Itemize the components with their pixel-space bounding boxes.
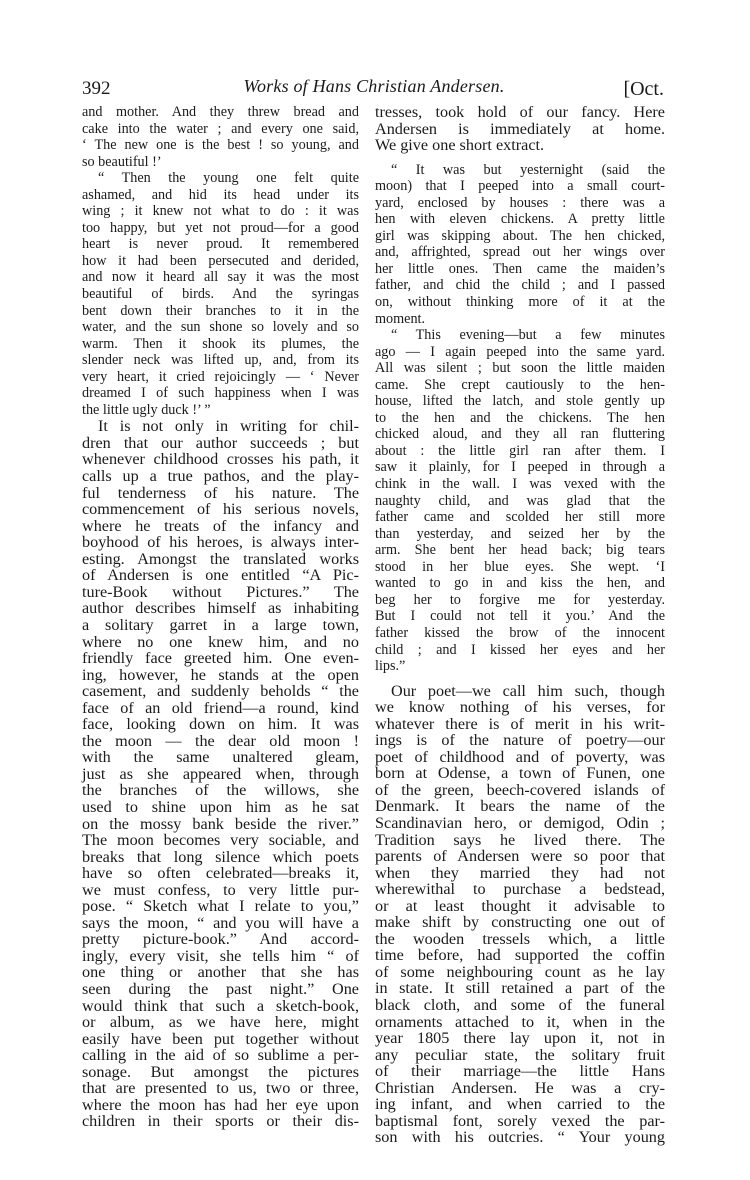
text-line: or at least thought it advisable to — [375, 898, 665, 915]
text-line: of the green, beech-covered islands of — [375, 782, 665, 799]
left-column: and mother. And they threw bread andcake… — [82, 104, 359, 1130]
text-line: Denmark. It bears the name of the — [375, 798, 665, 815]
text-line: her little ones. Then came the maiden’s — [375, 261, 665, 278]
text-line: ing, however, he stands at the open — [82, 667, 359, 684]
text-line: Our poet—we call him such, though — [375, 683, 665, 700]
text-line: of Andersen is one entitled “A Pic- — [82, 567, 359, 584]
page-header: 392 Works of Hans Christian Andersen. [O… — [82, 76, 666, 100]
text-line: whatever there is of merit in his writ- — [375, 716, 665, 733]
text-line: the wooden tressels which, a little — [375, 931, 665, 948]
text-line: “ It was but yesternight (said the — [375, 162, 665, 179]
text-line: any peculiar state, the solitary fruit — [375, 1047, 665, 1064]
text-line: But I could not tell it you.’ And the — [375, 608, 665, 625]
text-line: how it had been persecuted and derided, — [82, 253, 359, 270]
text-line: moment. — [375, 311, 665, 328]
text-line: year 1805 there lay upon it, not in — [375, 1030, 665, 1047]
text-line: pretty picture-book.” And accord- — [82, 931, 359, 948]
text-line: the moon — the dear old moon ! — [82, 733, 359, 750]
text-line: used to shine upon him as he sat — [82, 799, 359, 816]
right-column: tresses, took hold of our fancy. HereAnd… — [375, 104, 665, 1146]
text-line: and, affrighted, spread out her wings ov… — [375, 244, 665, 261]
text-line: All was silent ; but soon the little mai… — [375, 360, 665, 377]
text-line: heart is never proud. It remembered — [82, 236, 359, 253]
text-line: poet of childhood and of poverty, was — [375, 749, 665, 766]
text-line: Christian Andersen. He was a cry- — [375, 1080, 665, 1097]
text-line: child ; and I kissed her eyes and her — [375, 642, 665, 659]
text-line: born at Odense, a town of Funen, one — [375, 765, 665, 782]
text-line: warm. Then it shook its plumes, the — [82, 336, 359, 353]
text-line: on, without thinking more of it at the — [375, 294, 665, 311]
text-line: wherewithal to purchase a bedstead, — [375, 881, 665, 898]
text-line: calling in the aid of so sublime a per- — [82, 1047, 359, 1064]
text-line: ‘ The new one is the best ! so young, an… — [82, 137, 359, 154]
text-line: pose. “ Sketch what I relate to you,” — [82, 898, 359, 915]
text-line: where the moon has had her eye upon — [82, 1097, 359, 1114]
text-line: one thing or another that she has — [82, 964, 359, 981]
text-line: cake into the water ; and every one said… — [82, 121, 359, 138]
text-line: says the moon, “ and you will have a — [82, 915, 359, 932]
text-line: Scandinavian hero, or demigod, Odin ; — [375, 815, 665, 832]
text-line: house, lifted the latch, and stole gentl… — [375, 393, 665, 410]
text-line: author describes himself as inhabiting — [82, 600, 359, 617]
text-line: the branches of the willows, she — [82, 782, 359, 799]
text-line: children in their sports or their dis- — [82, 1113, 359, 1130]
text-line: came. She crept cautiously to the hen- — [375, 377, 665, 394]
text-line: beg her to forgive me for yesterday. — [375, 592, 665, 609]
text-line: The moon becomes very sociable, and — [82, 832, 359, 849]
running-date: [Oct. — [623, 78, 664, 101]
text-line: lips.” — [375, 658, 665, 675]
text-line: commencement of his serious novels, — [82, 501, 359, 518]
text-line: where he treats of the infancy and — [82, 518, 359, 535]
text-line: yard, enclosed by houses : there was a — [375, 195, 665, 212]
text-line: stood in her blue eyes. She wept. ‘I — [375, 559, 665, 576]
text-line: when they married they had not — [375, 865, 665, 882]
text-line: saw it plainly, for I peeped in through … — [375, 459, 665, 476]
text-line: arm. She bent her head back; big tears — [375, 542, 665, 559]
text-line: very heart, it cried rejoicingly — ‘ Nev… — [82, 369, 359, 386]
text-line: easily have been put together without — [82, 1031, 359, 1048]
paragraph-gap — [375, 154, 665, 162]
text-line: face, looking down on him. It was — [82, 716, 359, 733]
text-line: tresses, took hold of our fancy. Here — [375, 104, 665, 121]
text-line: ing infant, and when carried to the — [375, 1096, 665, 1113]
text-line: slender neck was lifted up, and, from it… — [82, 352, 359, 369]
text-line: We give one short extract. — [375, 137, 665, 154]
text-line: ture-Book without Pictures.” The — [82, 584, 359, 601]
text-line: of their marriage—the little Hans — [375, 1063, 665, 1080]
text-line: moon) that I peeped into a small court- — [375, 178, 665, 195]
text-line: ful tenderness of his nature. The — [82, 485, 359, 502]
text-line: breaks that long silence which poets — [82, 849, 359, 866]
text-line: or album, as we have here, might — [82, 1014, 359, 1031]
text-line: where no one knew him, and no — [82, 634, 359, 651]
text-line: chink in the wall. I was vexed with the — [375, 476, 665, 493]
text-line: of some neighbouring count as he lay — [375, 964, 665, 981]
text-line: whenever childhood crosses his path, it — [82, 451, 359, 468]
text-line: calls up a true pathos, and the play- — [82, 468, 359, 485]
text-line: seen during the past night.” One — [82, 981, 359, 998]
text-line: to the hen and the chickens. The hen — [375, 410, 665, 427]
text-line: ings is of the nature of poetry—our — [375, 732, 665, 749]
text-line: father kissed the brow of the innocent — [375, 625, 665, 642]
text-line: we must confess, to very little pur- — [82, 882, 359, 899]
text-line: father came and scolded her still more — [375, 509, 665, 526]
text-line: “ This evening—but a few minutes — [375, 327, 665, 344]
text-line: ashamed, and hid its head under its — [82, 187, 359, 204]
text-line: ornaments attached to it, when in the — [375, 1014, 665, 1031]
text-line: would think that such a sketch-book, — [82, 998, 359, 1015]
text-line: just as she appeared when, through — [82, 766, 359, 783]
text-line: friendly face greeted him. One even- — [82, 650, 359, 667]
text-line: time before, had supported the coffin — [375, 947, 665, 964]
text-line: hen with eleven chickens. A pretty littl… — [375, 211, 665, 228]
text-line: ingly, every visit, she tells him “ of — [82, 948, 359, 965]
text-line: so beautiful !’ — [82, 154, 359, 171]
text-line: Tradition says he lived there. The — [375, 832, 665, 849]
text-line: sonage. But amongst the pictures — [82, 1064, 359, 1081]
text-line: black cloth, and some of the funeral — [375, 997, 665, 1014]
text-line: face of an old friend—a round, kind — [82, 700, 359, 717]
text-line: wing ; it knew not what to do : it was — [82, 203, 359, 220]
text-line: water, and the sun shone so lovely and s… — [82, 319, 359, 336]
text-line: too happy, but yet not proud—for a good — [82, 220, 359, 237]
text-line: son with his outcries. “ Your young — [375, 1129, 665, 1146]
text-line: “ Then the young one felt quite — [82, 170, 359, 187]
text-line: have so often celebrated—breaks it, — [82, 865, 359, 882]
text-line: naughty child, and was glad that the — [375, 493, 665, 510]
text-line: beautiful of birds. And the syringas — [82, 286, 359, 303]
text-line: make shift by constructing one out of — [375, 914, 665, 931]
text-line: ago — I again peeped into the same yard. — [375, 344, 665, 361]
text-line: esting. Amongst the translated works — [82, 551, 359, 568]
text-line: dreamed I of such happiness when I was — [82, 385, 359, 402]
text-line: Andersen is immediately at home. — [375, 121, 665, 138]
text-line: we know nothing of his verses, for — [375, 699, 665, 716]
running-title: Works of Hans Christian Andersen. — [82, 76, 666, 97]
text-line: with the same unaltered gleam, — [82, 749, 359, 766]
text-line: that are presented to us, two or three, — [82, 1080, 359, 1097]
text-line: chicked aloud, and they all ran flutteri… — [375, 426, 665, 443]
text-line: on the mossy bank beside the river.” — [82, 816, 359, 833]
text-line: bent down their branches to it in the — [82, 303, 359, 320]
text-line: and now it heard all say it was the most — [82, 269, 359, 286]
text-line: It is not only in writing for chil- — [82, 418, 359, 435]
text-line: father, and chid the child ; and I passe… — [375, 277, 665, 294]
text-line: casement, and suddenly beholds “ the — [82, 683, 359, 700]
text-line: dren that our author succeeds ; but — [82, 435, 359, 452]
text-line: a solitary garret in a large town, — [82, 617, 359, 634]
text-line: parents of Andersen were so poor that — [375, 848, 665, 865]
text-line: baptismal font, sorely vexed the par- — [375, 1113, 665, 1130]
text-line: girl was skipping about. The hen chicked… — [375, 228, 665, 245]
text-line: than yesterday, and seized her by the — [375, 526, 665, 543]
text-line: about : the little girl ran after them. … — [375, 443, 665, 460]
text-line: and mother. And they threw bread and — [82, 104, 359, 121]
text-line: the little ugly duck !’ ” — [82, 402, 359, 419]
text-line: in state. It still retained a part of th… — [375, 980, 665, 997]
text-line: wanted to go in and kiss the hen, and — [375, 575, 665, 592]
text-line: boyhood of his heroes, is always inter- — [82, 534, 359, 551]
